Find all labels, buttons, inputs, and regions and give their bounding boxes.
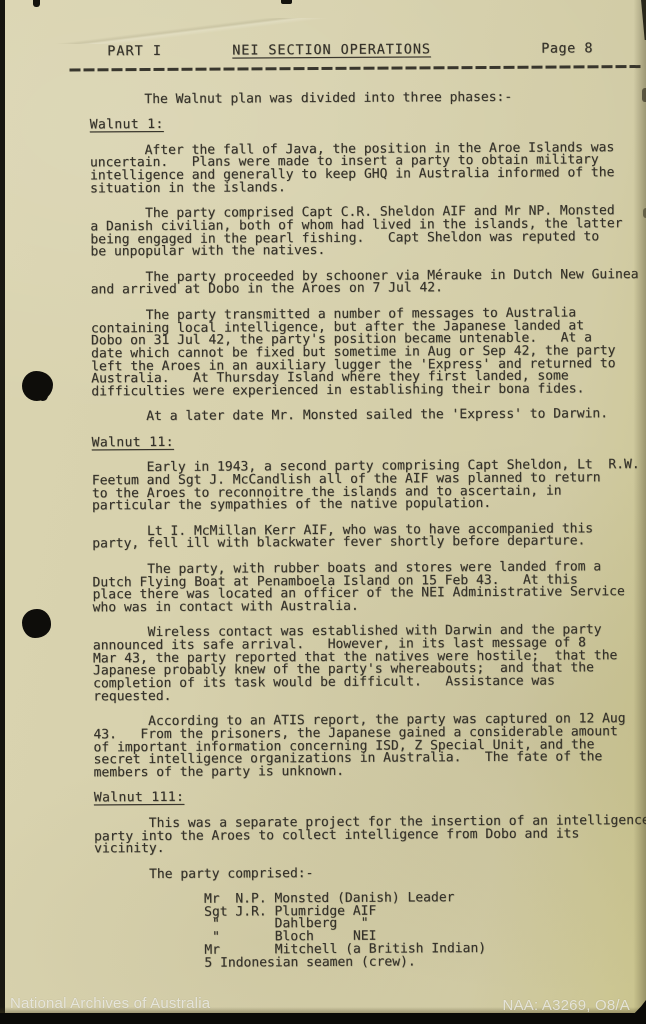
paragraph: The party proceeded by schooner via Méra… (91, 269, 646, 298)
scan-mark-top-2 (281, 0, 292, 4)
scan-edge-right-shade (632, 0, 646, 1024)
scan-edge-bottom (0, 1013, 646, 1024)
scan-edge-nick-1 (642, 88, 646, 102)
page-title: NEI SECTION OPERATIONS (232, 41, 431, 58)
page-number: Page 8 (541, 40, 593, 56)
paragraph: According to an ATIS report, the party w… (93, 713, 646, 780)
party-roster-list: Mr N.P. Monsted (Danish) Leader Sgt J.R.… (94, 891, 646, 971)
archive-reference-number: NAA: A3269, O8/A (503, 997, 630, 1014)
intro-paragraph: The Walnut plan was divided into three p… (90, 91, 646, 107)
section-heading-walnut-11: Walnut 11: (92, 434, 646, 450)
header-dashed-rule (69, 65, 643, 72)
section-heading-walnut-111: Walnut 111: (94, 789, 646, 805)
paragraph: Lt I. McMillan Kerr AIF, who was to have… (92, 523, 646, 552)
archive-watermark: National Archives of Australia (10, 995, 210, 1012)
paragraph: At a later date Mr. Monsted sailed the '… (91, 408, 646, 424)
scanned-document-page: PART I NEI SECTION OPERATIONS Page 8 The… (0, 0, 646, 1024)
ink-blot-lower (22, 609, 51, 638)
scan-mark-top-1 (33, 0, 40, 7)
paragraph: This was a separate project for the inse… (94, 815, 646, 857)
paragraph: After the fall of Java, the position in … (90, 142, 646, 196)
paragraph: The party, with rubber boats and stores … (92, 561, 646, 615)
paragraph: Early in 1943, a second party comprising… (92, 459, 646, 513)
paragraph: The party transmitted a number of messag… (91, 307, 646, 399)
scan-edge-left (0, 0, 5, 1024)
page-header: PART I NEI SECTION OPERATIONS Page 8 (0, 40, 643, 60)
paragraph: The party comprised:- (94, 866, 646, 882)
document-body: The Walnut plan was divided into three p… (90, 91, 646, 971)
section-heading-walnut-1: Walnut 1: (90, 116, 646, 132)
header-part-label: PART I (107, 43, 162, 59)
typed-content: PART I NEI SECTION OPERATIONS Page 8 The… (0, 0, 646, 1024)
paragraph: The party comprised Capt C.R. Sheldon AI… (90, 205, 646, 259)
paragraph: Wireless contact was established with Da… (93, 624, 646, 704)
